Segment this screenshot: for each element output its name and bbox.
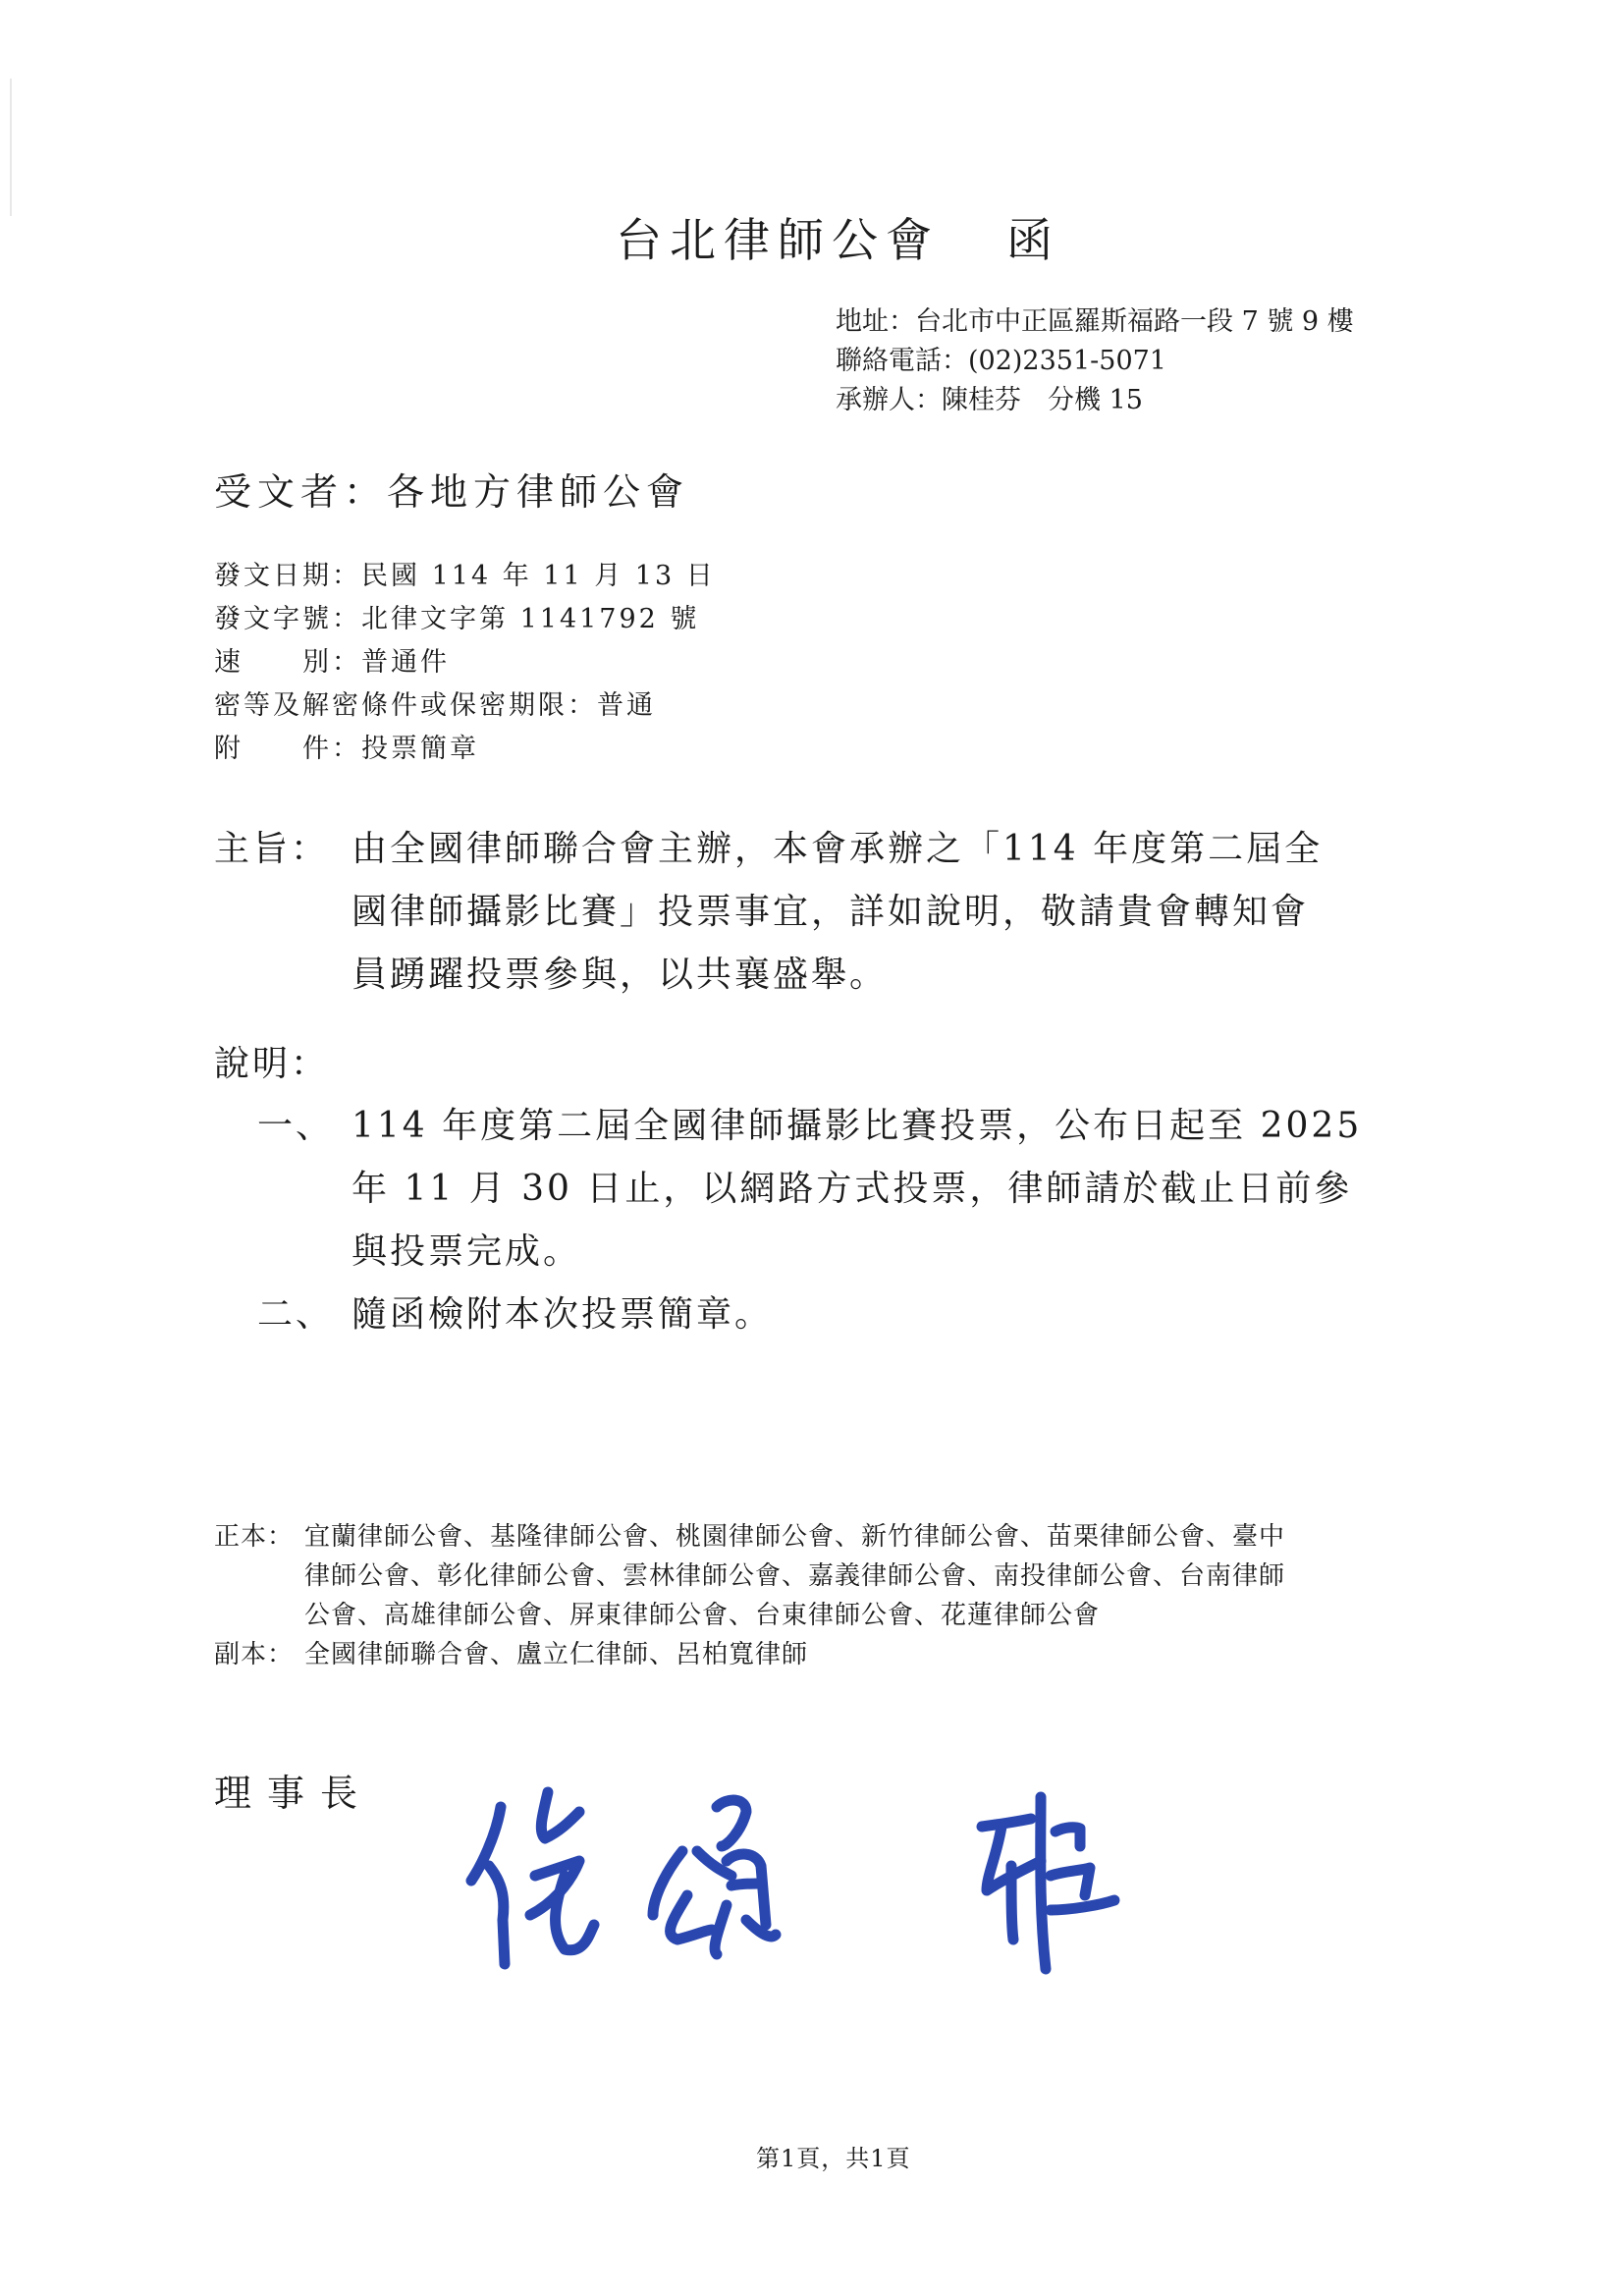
- meta-block: 發文日期：民國 114 年 11 月 13 日 發文字號：北律文字第 11417…: [214, 555, 716, 771]
- copy-recipients-line-1: 副本：全國律師聯合會、盧立仁律師、呂柏寬律師: [214, 1635, 1285, 1674]
- subject-line-2: 國律師攝影比賽」投票事宜，詳如說明，敬請貴會轉知會: [214, 881, 1323, 944]
- explanation-item-1: 一、114 年度第二屆全國律師攝影比賽投票，公布日起至 2025 年 11 月 …: [257, 1095, 1362, 1284]
- meta-classification-value: 普通: [597, 690, 656, 721]
- explanation-label: 說明：: [214, 1036, 329, 1086]
- page-footer: 第1頁，共1頁: [756, 2139, 911, 2173]
- meta-attachment-label: 附 件：: [214, 728, 361, 771]
- copy-recipients-text-1: 全國律師聯合會、盧立仁律師、呂柏寬律師: [304, 1640, 808, 1669]
- original-recipients-line-2: 律師公會、彰化律師公會、雲林律師公會、嘉義律師公會、南投律師公會、台南律師: [214, 1557, 1285, 1596]
- chairman-title: 理事長: [214, 1763, 373, 1817]
- copy-recipients-label: 副本：: [214, 1635, 304, 1674]
- distribution-section: 正本：宜蘭律師公會、基隆律師公會、桃園律師公會、新竹律師公會、苗栗律師公會、臺中…: [214, 1517, 1285, 1674]
- explanation-item-1-text-1: 114 年度第二屆全國律師攝影比賽投票，公布日起至 2025: [352, 1106, 1362, 1146]
- meta-speed-label: 速 別：: [214, 641, 361, 684]
- subject-text-1: 由全國律師聯合會主辦，本會承辦之「114 年度第二屆全: [352, 829, 1323, 869]
- contact-phone: 聯絡電話：(02)2351-5071: [836, 342, 1354, 381]
- meta-attachment: 附 件：投票簡章: [214, 728, 716, 771]
- explanation-item-2: 二、隨函檢附本次投票簡章。: [257, 1284, 1362, 1346]
- explanation-item-2-text-1: 隨函檢附本次投票簡章。: [352, 1294, 773, 1335]
- original-recipients-label: 正本：: [214, 1517, 304, 1557]
- subject-line-3: 員踴躍投票參與，以共襄盛舉。: [214, 944, 1323, 1007]
- scan-edge-artifact: [10, 79, 12, 216]
- subject-label: 主旨：: [214, 818, 352, 881]
- recipient: 受文者：各地方律師公會: [214, 462, 689, 516]
- meta-classification-label: 密等及解密條件或保密期限：: [214, 684, 597, 728]
- meta-issue-date: 發文日期：民國 114 年 11 月 13 日: [214, 555, 716, 598]
- contact-block: 地址：台北市中正區羅斯福路一段 7 號 9 樓 聯絡電話：(02)2351-50…: [836, 302, 1354, 420]
- meta-issue-date-value: 民國 114 年 11 月 13 日: [361, 561, 716, 591]
- contact-handler: 承辦人：陳桂芬 分機 15: [836, 381, 1354, 420]
- original-recipients-line-1: 正本：宜蘭律師公會、基隆律師公會、桃園律師公會、新竹律師公會、苗栗律師公會、臺中: [214, 1517, 1285, 1557]
- original-recipients-text-1: 宜蘭律師公會、基隆律師公會、桃園律師公會、新竹律師公會、苗栗律師公會、臺中: [304, 1522, 1285, 1552]
- original-recipients-line-3: 公會、高雄律師公會、屏東律師公會、台東律師公會、花蓮律師公會: [214, 1596, 1285, 1635]
- meta-doc-number-value: 北律文字第 1141792 號: [361, 604, 699, 634]
- meta-doc-number-label: 發文字號：: [214, 598, 361, 641]
- org-name: 台北律師公會: [616, 214, 940, 268]
- subject-line-1: 主旨：由全國律師聯合會主辦，本會承辦之「114 年度第二屆全: [214, 818, 1323, 881]
- explanation-item-2-line-1: 二、隨函檢附本次投票簡章。: [257, 1284, 1362, 1346]
- signature-strokes: [471, 1792, 1114, 1969]
- contact-address: 地址：台北市中正區羅斯福路一段 7 號 9 樓: [836, 302, 1354, 342]
- explanation-list: 一、114 年度第二屆全國律師攝影比賽投票，公布日起至 2025 年 11 月 …: [257, 1095, 1362, 1346]
- subject-section: 主旨：由全國律師聯合會主辦，本會承辦之「114 年度第二屆全 國律師攝影比賽」投…: [214, 818, 1323, 1007]
- meta-classification: 密等及解密條件或保密期限：普通: [214, 684, 716, 728]
- explanation-item-2-number: 二、: [257, 1284, 352, 1346]
- meta-speed: 速 別：普通件: [214, 641, 716, 684]
- meta-doc-number: 發文字號：北律文字第 1141792 號: [214, 598, 716, 641]
- doc-type: 函: [1006, 214, 1060, 268]
- meta-issue-date-label: 發文日期：: [214, 555, 361, 598]
- explanation-item-1-line-2: 年 11 月 30 日止，以網路方式投票，律師請於截止日前參: [257, 1158, 1362, 1221]
- explanation-item-1-line-3: 與投票完成。: [257, 1221, 1362, 1284]
- meta-speed-value: 普通件: [361, 647, 450, 678]
- explanation-item-1-number: 一、: [257, 1095, 352, 1158]
- explanation-item-1-line-1: 一、114 年度第二屆全國律師攝影比賽投票，公布日起至 2025: [257, 1095, 1362, 1158]
- meta-attachment-value: 投票簡章: [361, 734, 479, 764]
- document-title: 台北律師公會函: [616, 204, 1060, 270]
- signature-image: [452, 1758, 1139, 1984]
